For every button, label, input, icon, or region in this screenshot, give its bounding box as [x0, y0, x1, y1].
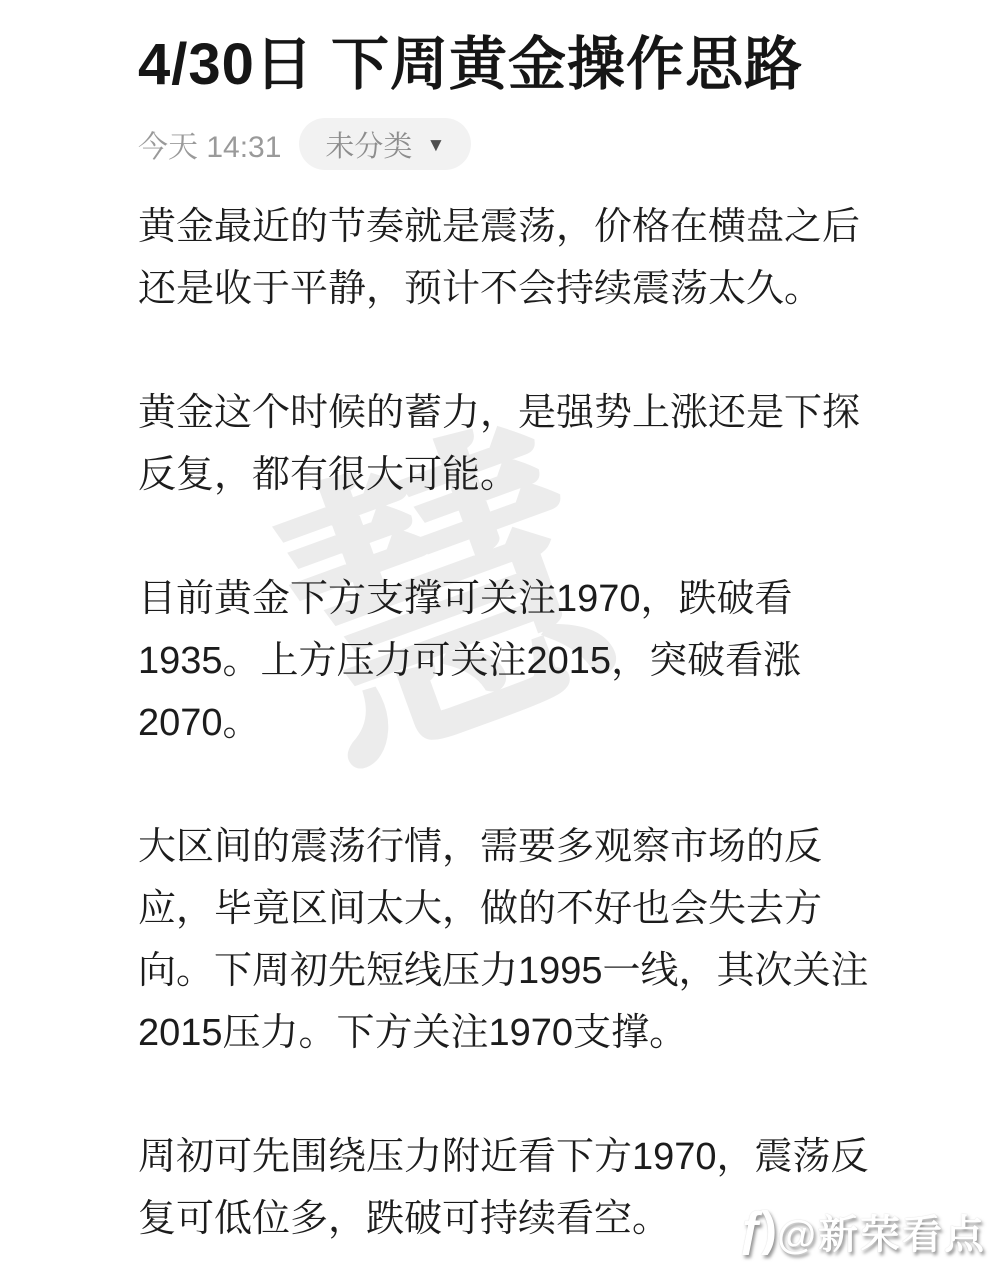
text-line: 2070。 — [138, 692, 958, 754]
article-body: 黄金最近的节奏就是震荡，价格在横盘之后还是收于平静，预计不会持续震荡太久。黄金这… — [138, 196, 958, 1250]
text-line: 向。下周初先短线压力1995一线，其次关注 — [138, 940, 958, 1002]
text-line: 周初可先围绕压力附近看下方1970，震荡反 — [138, 1126, 958, 1188]
text-line: 黄金最近的节奏就是震荡，价格在横盘之后 — [138, 196, 958, 258]
text-line: 目前黄金下方支撑可关注1970，跌破看 — [138, 568, 958, 630]
paragraph: 大区间的震荡行情，需要多观察市场的反应，毕竟区间太大，做的不好也会失去方向。下周… — [138, 816, 958, 1064]
chevron-down-icon: ▼ — [426, 133, 445, 155]
article-content: 4/30日 下周黄金操作思路 今天 14:31 未分类 ▼ 黄金最近的节奏就是震… — [0, 30, 998, 1250]
text-line: 应，毕竟区间太大，做的不好也会失去方 — [138, 878, 958, 940]
category-label: 未分类 — [325, 124, 412, 165]
paragraph: 周初可先围绕压力附近看下方1970，震荡反复可低位多，跌破可持续看空。 — [138, 1126, 958, 1250]
paragraph: 黄金这个时候的蓄力，是强势上涨还是下探反复，都有很大可能。 — [138, 382, 958, 506]
category-selector[interactable]: 未分类 ▼ — [299, 118, 471, 170]
article-page: 慧 4/30日 下周黄金操作思路 今天 14:31 未分类 ▼ 黄金最近的节奏就… — [0, 0, 998, 1280]
text-line: 大区间的震荡行情，需要多观察市场的反 — [138, 816, 958, 878]
paragraph: 目前黄金下方支撑可关注1970，跌破看1935。上方压力可关注2015，突破看涨… — [138, 568, 958, 754]
page-title: 4/30日 下周黄金操作思路 — [138, 30, 958, 100]
text-line: 1935。上方压力可关注2015，突破看涨 — [138, 630, 958, 692]
text-line: 复可低位多，跌破可持续看空。 — [138, 1188, 958, 1250]
meta-row: 今天 14:31 未分类 ▼ — [138, 118, 998, 170]
paragraph: 黄金最近的节奏就是震荡，价格在横盘之后还是收于平静，预计不会持续震荡太久。 — [138, 196, 958, 320]
post-timestamp: 今天 14:31 — [138, 122, 281, 166]
text-line: 黄金这个时候的蓄力，是强势上涨还是下探 — [138, 382, 958, 444]
text-line: 还是收于平静，预计不会持续震荡太久。 — [138, 258, 958, 320]
text-line: 反复，都有很大可能。 — [138, 444, 958, 506]
text-line: 2015压力。下方关注1970支撑。 — [138, 1002, 958, 1064]
